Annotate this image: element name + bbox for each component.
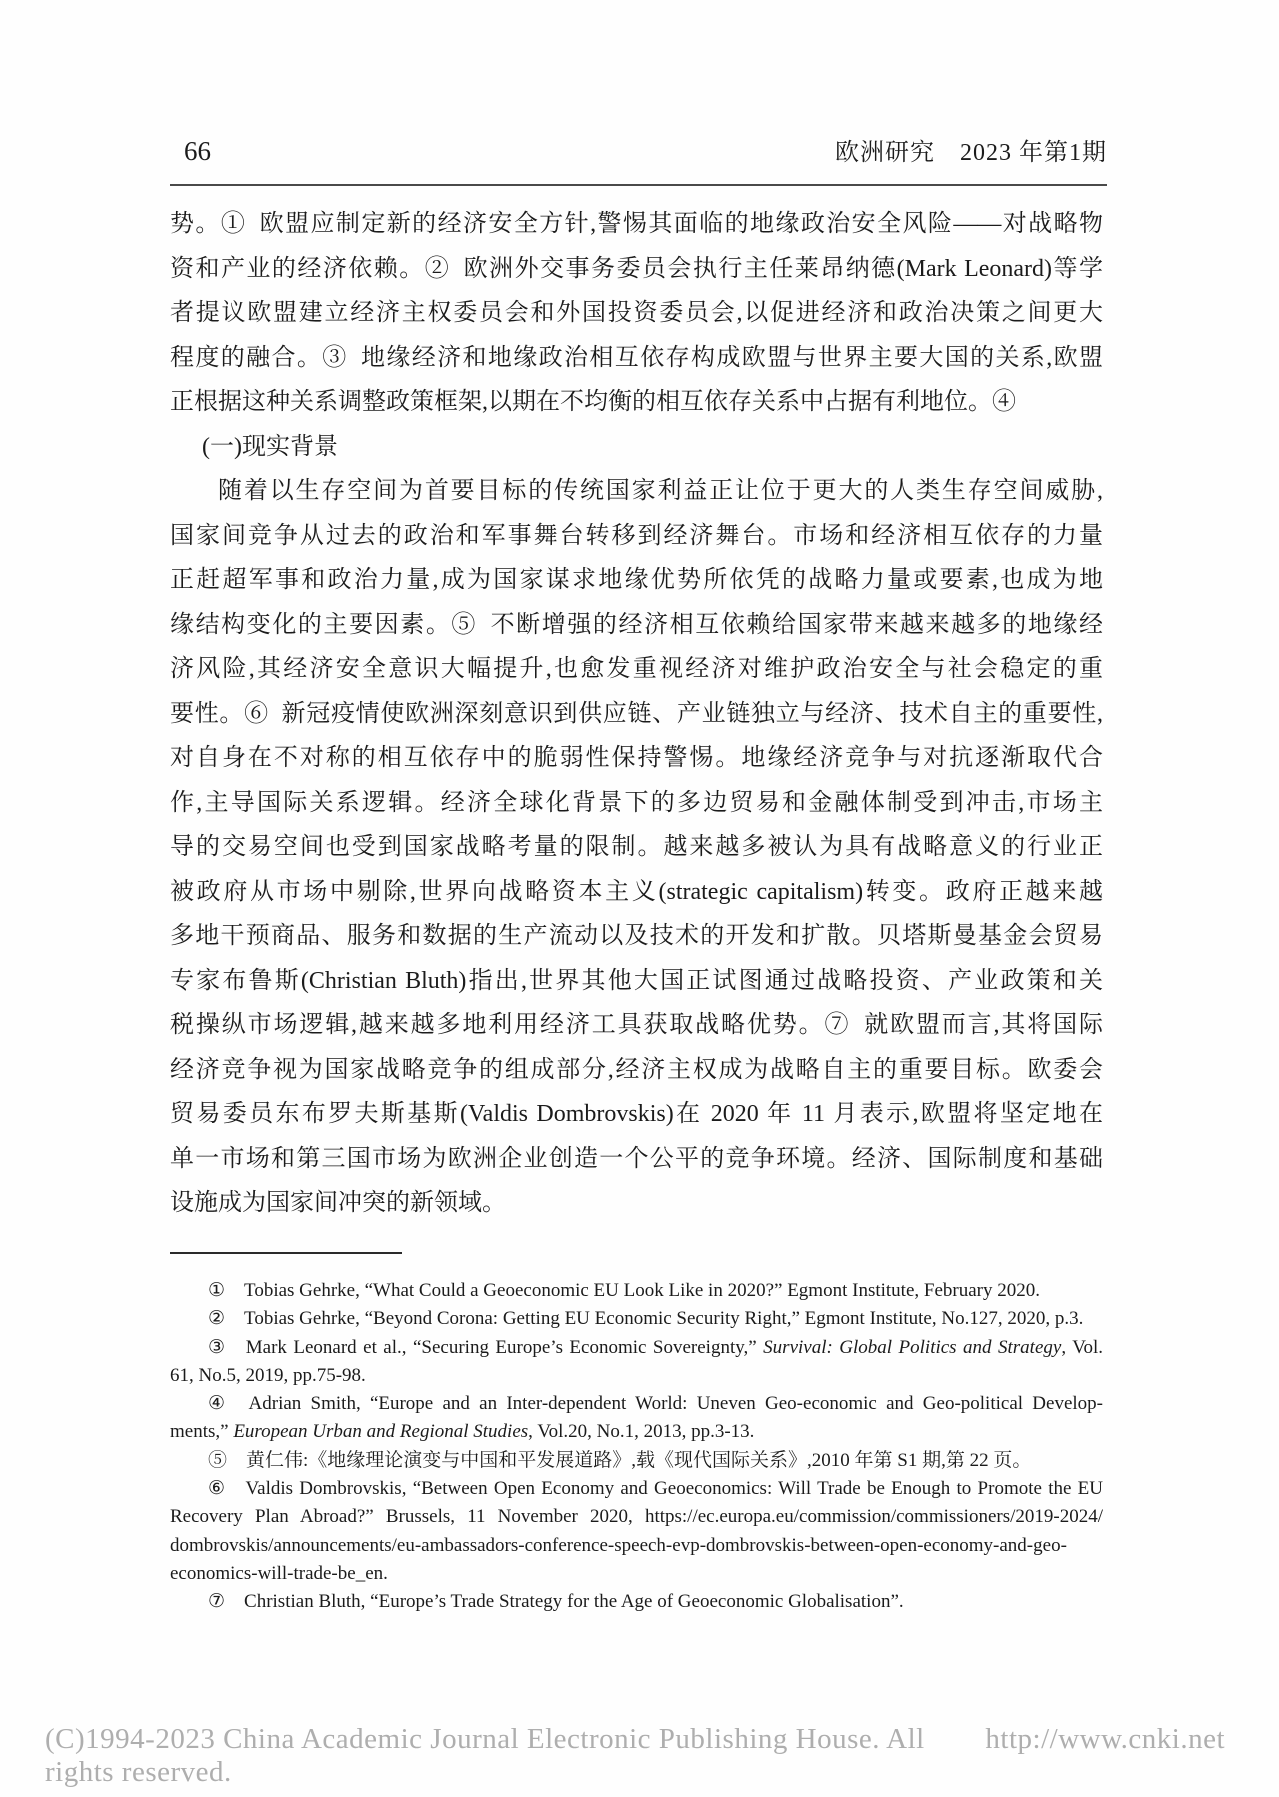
body-line: 导的交易空间也受到国家战略考量的限制。越来越多被认为具有战略意义的行业正	[170, 825, 1103, 870]
body-line: 正根据这种关系调整政策框架,以期在不均衡的相互依存关系中占据有利地位。④	[170, 380, 1103, 425]
body-line: 贸易委员东布罗夫斯基斯(Valdis Dombrovskis)在 2020 年 …	[170, 1092, 1103, 1137]
body-line: 资和产业的经济依赖。② 欧洲外交事务委员会执行主任莱昂纳德(Mark Leona…	[170, 247, 1103, 292]
footnote-line: dombrovskis/announcements/eu-ambassadors…	[170, 1532, 1103, 1560]
body-line: 专家布鲁斯(Christian Bluth)指出,世界其他大国正试图通过战略投资…	[170, 959, 1103, 1004]
body-text: 势。① 欧盟应制定新的经济安全方针,警惕其面临的地缘政治安全风险——对战略物资和…	[170, 202, 1103, 1226]
footnote-line: ⑤ 黄仁伟:《地缘理论演变与中国和平发展道路》,载《现代国际关系》,2010 年…	[170, 1447, 1103, 1475]
footnote-line: ① Tobias Gehrke, “What Could a Geoeconom…	[170, 1277, 1103, 1305]
body-line: 经济竞争视为国家战略竞争的组成部分,经济主权成为战略自主的重要目标。欧委会	[170, 1048, 1103, 1093]
journal-title: Survival: Global Politics and Strategy	[763, 1337, 1061, 1358]
page: 66 欧洲研究 2023 年第1期 势。① 欧盟应制定新的经济安全方针,警惕其面…	[0, 0, 1279, 1797]
footnote-text: 61, No.5, 2019, pp.75-98.	[170, 1365, 366, 1386]
footnote-text: dombrovskis/announcements/eu-ambassadors…	[170, 1535, 1067, 1556]
page-number: 66	[170, 136, 211, 167]
body-line: 对自身在不对称的相互依存中的脆弱性保持警惕。地缘经济竞争与对抗逐渐取代合	[170, 736, 1103, 781]
journal-title: European Urban and Regional Studies	[233, 1421, 528, 1442]
body-line: 缘结构变化的主要因素。⑤ 不断增强的经济相互依赖给国家带来越来越多的地缘经	[170, 603, 1103, 648]
watermark-url: http://www.cnki.net	[985, 1723, 1225, 1789]
body-line: 要性。⑥ 新冠疫情使欧洲深刻意识到供应链、产业链独立与经济、技术自主的重要性,	[170, 692, 1103, 737]
footnote-line: ⑥ Valdis Dombrovskis, “Between Open Econ…	[170, 1475, 1103, 1503]
journal-issue-title: 欧洲研究 2023 年第1期	[835, 132, 1107, 167]
body-line: 作,主导国际关系逻辑。经济全球化背景下的多边贸易和金融体制受到冲击,市场主	[170, 781, 1103, 826]
body-line: 济风险,其经济安全意识大幅提升,也愈发重视经济对维护政治安全与社会稳定的重	[170, 647, 1103, 692]
footnote-line: economics-will-trade-be_en.	[170, 1560, 1103, 1588]
body-line: 多地干预商品、服务和数据的生产流动以及技术的开发和扩散。贝塔斯曼基金会贸易	[170, 914, 1103, 959]
body-line: 单一市场和第三国市场为欧洲企业创造一个公平的竞争环境。经济、国际制度和基础	[170, 1137, 1103, 1182]
footnote-line: ments,” European Urban and Regional Stud…	[170, 1418, 1103, 1446]
footnote-text: ⑥ Valdis Dombrovskis, “Between Open Econ…	[208, 1478, 1103, 1499]
footnote-text: economics-will-trade-be_en.	[170, 1563, 388, 1584]
footnote-text: ④ Adrian Smith, “Europe and an Inter-dep…	[208, 1393, 1103, 1414]
footnote-separator	[170, 1252, 402, 1254]
body-line: 被政府从市场中剔除,世界向战略资本主义(strategic capitalism…	[170, 870, 1103, 915]
section-heading-line: (一)现实背景	[170, 425, 1103, 470]
footnote-text: Recovery Plan Abroad?” Brussels, 11 Nove…	[170, 1506, 1103, 1527]
footnote-text: ments,”	[170, 1421, 233, 1442]
watermark-copyright: (C)1994-2023 China Academic Journal Elec…	[45, 1723, 985, 1789]
footnote-line: ④ Adrian Smith, “Europe and an Inter-dep…	[170, 1390, 1103, 1418]
page-header: 66 欧洲研究 2023 年第1期	[170, 132, 1107, 172]
header-rule	[170, 184, 1107, 186]
footnote-line: Recovery Plan Abroad?” Brussels, 11 Nove…	[170, 1503, 1103, 1531]
footnote-text: , Vol.20, No.1, 2013, pp.3-13.	[528, 1421, 754, 1442]
footnote-text: ③ Mark Leonard et al., “Securing Europe’…	[208, 1337, 763, 1358]
footnote-line: ③ Mark Leonard et al., “Securing Europe’…	[170, 1334, 1103, 1362]
footnote-line: ② Tobias Gehrke, “Beyond Corona: Getting…	[170, 1305, 1103, 1333]
body-line: 势。① 欧盟应制定新的经济安全方针,警惕其面临的地缘政治安全风险——对战略物	[170, 202, 1103, 247]
footnote-line: 61, No.5, 2019, pp.75-98.	[170, 1362, 1103, 1390]
footnote-text: ⑤ 黄仁伟:《地缘理论演变与中国和平发展道路》,载《现代国际关系》,2010 年…	[208, 1450, 1031, 1471]
footnote-text: ② Tobias Gehrke, “Beyond Corona: Getting…	[208, 1308, 1083, 1329]
body-line: 国家间竞争从过去的政治和军事舞台转移到经济舞台。市场和经济相互依存的力量	[170, 514, 1103, 559]
body-line: 随着以生存空间为首要目标的传统国家利益正让位于更大的人类生存空间威胁,	[170, 469, 1103, 514]
body-line: 税操纵市场逻辑,越来越多地利用经济工具获取战略优势。⑦ 就欧盟而言,其将国际	[170, 1003, 1103, 1048]
footnote-line: ⑦ Christian Bluth, “Europe’s Trade Strat…	[170, 1588, 1103, 1616]
body-line: 正赶超军事和政治力量,成为国家谋求地缘优势所依凭的战略力量或要素,也成为地	[170, 558, 1103, 603]
footnote-text: ① Tobias Gehrke, “What Could a Geoeconom…	[208, 1280, 1040, 1301]
body-line: 设施成为国家间冲突的新领域。	[170, 1181, 1103, 1226]
body-line: 程度的融合。③ 地缘经济和地缘政治相互依存构成欧盟与世界主要大国的关系,欧盟	[170, 336, 1103, 381]
footnotes: ① Tobias Gehrke, “What Could a Geoeconom…	[170, 1277, 1103, 1617]
footnote-text: ⑦ Christian Bluth, “Europe’s Trade Strat…	[208, 1591, 904, 1612]
footnote-text: , Vol.	[1061, 1337, 1103, 1358]
body-line: 者提议欧盟建立经济主权委员会和外国投资委员会,以促进经济和政治决策之间更大	[170, 291, 1103, 336]
watermark: (C)1994-2023 China Academic Journal Elec…	[45, 1723, 1225, 1789]
